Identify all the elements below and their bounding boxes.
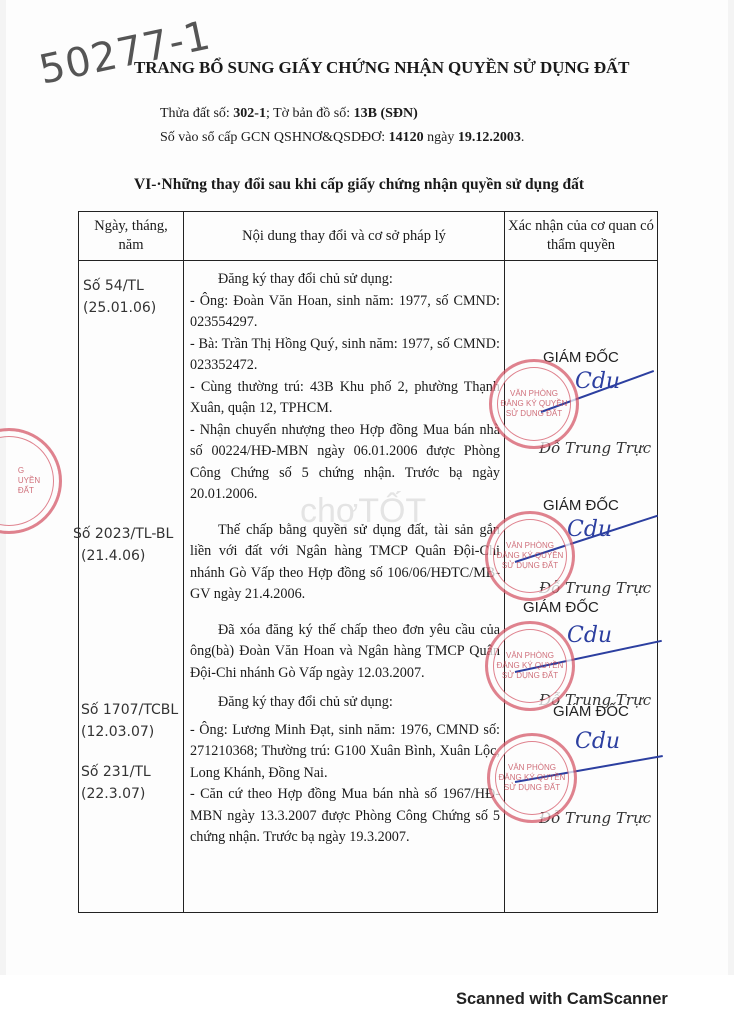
watermark: chợTỐT <box>300 492 426 531</box>
table-row-content: Đăng ký thay đổi chủ sử dụng: <box>190 692 500 714</box>
table-row-date: Số 1707/TCBL(12.03.07) <box>81 699 178 743</box>
confirm-title: GIÁM ĐỐC <box>553 703 629 720</box>
table-row-content: Đăng ký thay đổi chủ sử dụng: <box>190 269 500 291</box>
page-title: TRANG BỔ SUNG GIẤY CHỨNG NHẬN QUYỀN SỬ D… <box>134 58 629 78</box>
section-title: VI-·Những thay đổi sau khi cấp giấy chứn… <box>134 176 584 194</box>
header-confirmation: Xác nhận của cơ quan có thẩm quyền <box>505 212 658 261</box>
signature-icon: Cdu <box>575 729 620 754</box>
official-stamp: VĂN PHÒNGĐĂNG KÝ QUYỀNSỬ DỤNG ĐẤT <box>485 511 575 601</box>
confirmation-column: GIÁM ĐỐC Cdu Đỗ Trung Trực VĂN PHÒNGĐĂNG… <box>505 261 658 913</box>
table-row-date: Số 54/TL(25.01.06) <box>83 275 156 319</box>
official-stamp: VĂN PHÒNGĐĂNG KÝ QUYỀNSỬ DỤNG ĐẤT <box>487 733 577 823</box>
date-column: Số 54/TL(25.01.06) Số 2023/TL-BL(21.4.06… <box>79 261 184 913</box>
parcel-info: Thửa đất số: 302-1; Tờ bản đồ số: 13B (S… <box>160 106 418 122</box>
map-sheet: 13B (SĐN) <box>354 106 418 121</box>
table-row-content: Thế chấp bằng quyền sử dụng đất, tài sản… <box>190 520 500 606</box>
table-row-date: Số 231/TL(22.3.07) <box>81 761 151 805</box>
parcel-number: 302-1 <box>233 106 266 121</box>
header-date: Ngày, tháng, năm <box>79 212 184 261</box>
table-row-date: Số 2023/TL-BL(21.4.06) <box>73 523 173 567</box>
changes-table: Ngày, tháng, năm Nội dung thay đổi và cơ… <box>78 211 658 913</box>
content-column: Đăng ký thay đổi chủ sử dụng: - Ông: Đoà… <box>184 261 505 913</box>
header-content: Nội dung thay đổi và cơ sở pháp lý <box>184 212 505 261</box>
confirm-title: GIÁM ĐỐC <box>523 599 599 616</box>
official-stamp: VĂN PHÒNGĐĂNG KÝ QUYỀNSỬ DỤNG ĐẤT <box>485 621 575 711</box>
register-info: Số vào sổ cấp GCN QSHNƠ&QSDĐƠ: 14120 ngà… <box>160 130 524 146</box>
confirm-title: GIÁM ĐỐC <box>543 497 619 514</box>
table-row-content: Đã xóa đăng ký thế chấp theo đơn yêu cầu… <box>190 620 500 685</box>
register-number: 14120 <box>389 130 424 145</box>
official-stamp: VĂN PHÒNGĐĂNG KÝ QUYỀNSỬ DỤNG ĐẤT <box>489 359 579 449</box>
camscanner-footer: Scanned with CamScanner <box>456 990 668 1009</box>
signature-icon: Cdu <box>567 623 612 648</box>
register-date: 19.12.2003 <box>458 130 521 145</box>
